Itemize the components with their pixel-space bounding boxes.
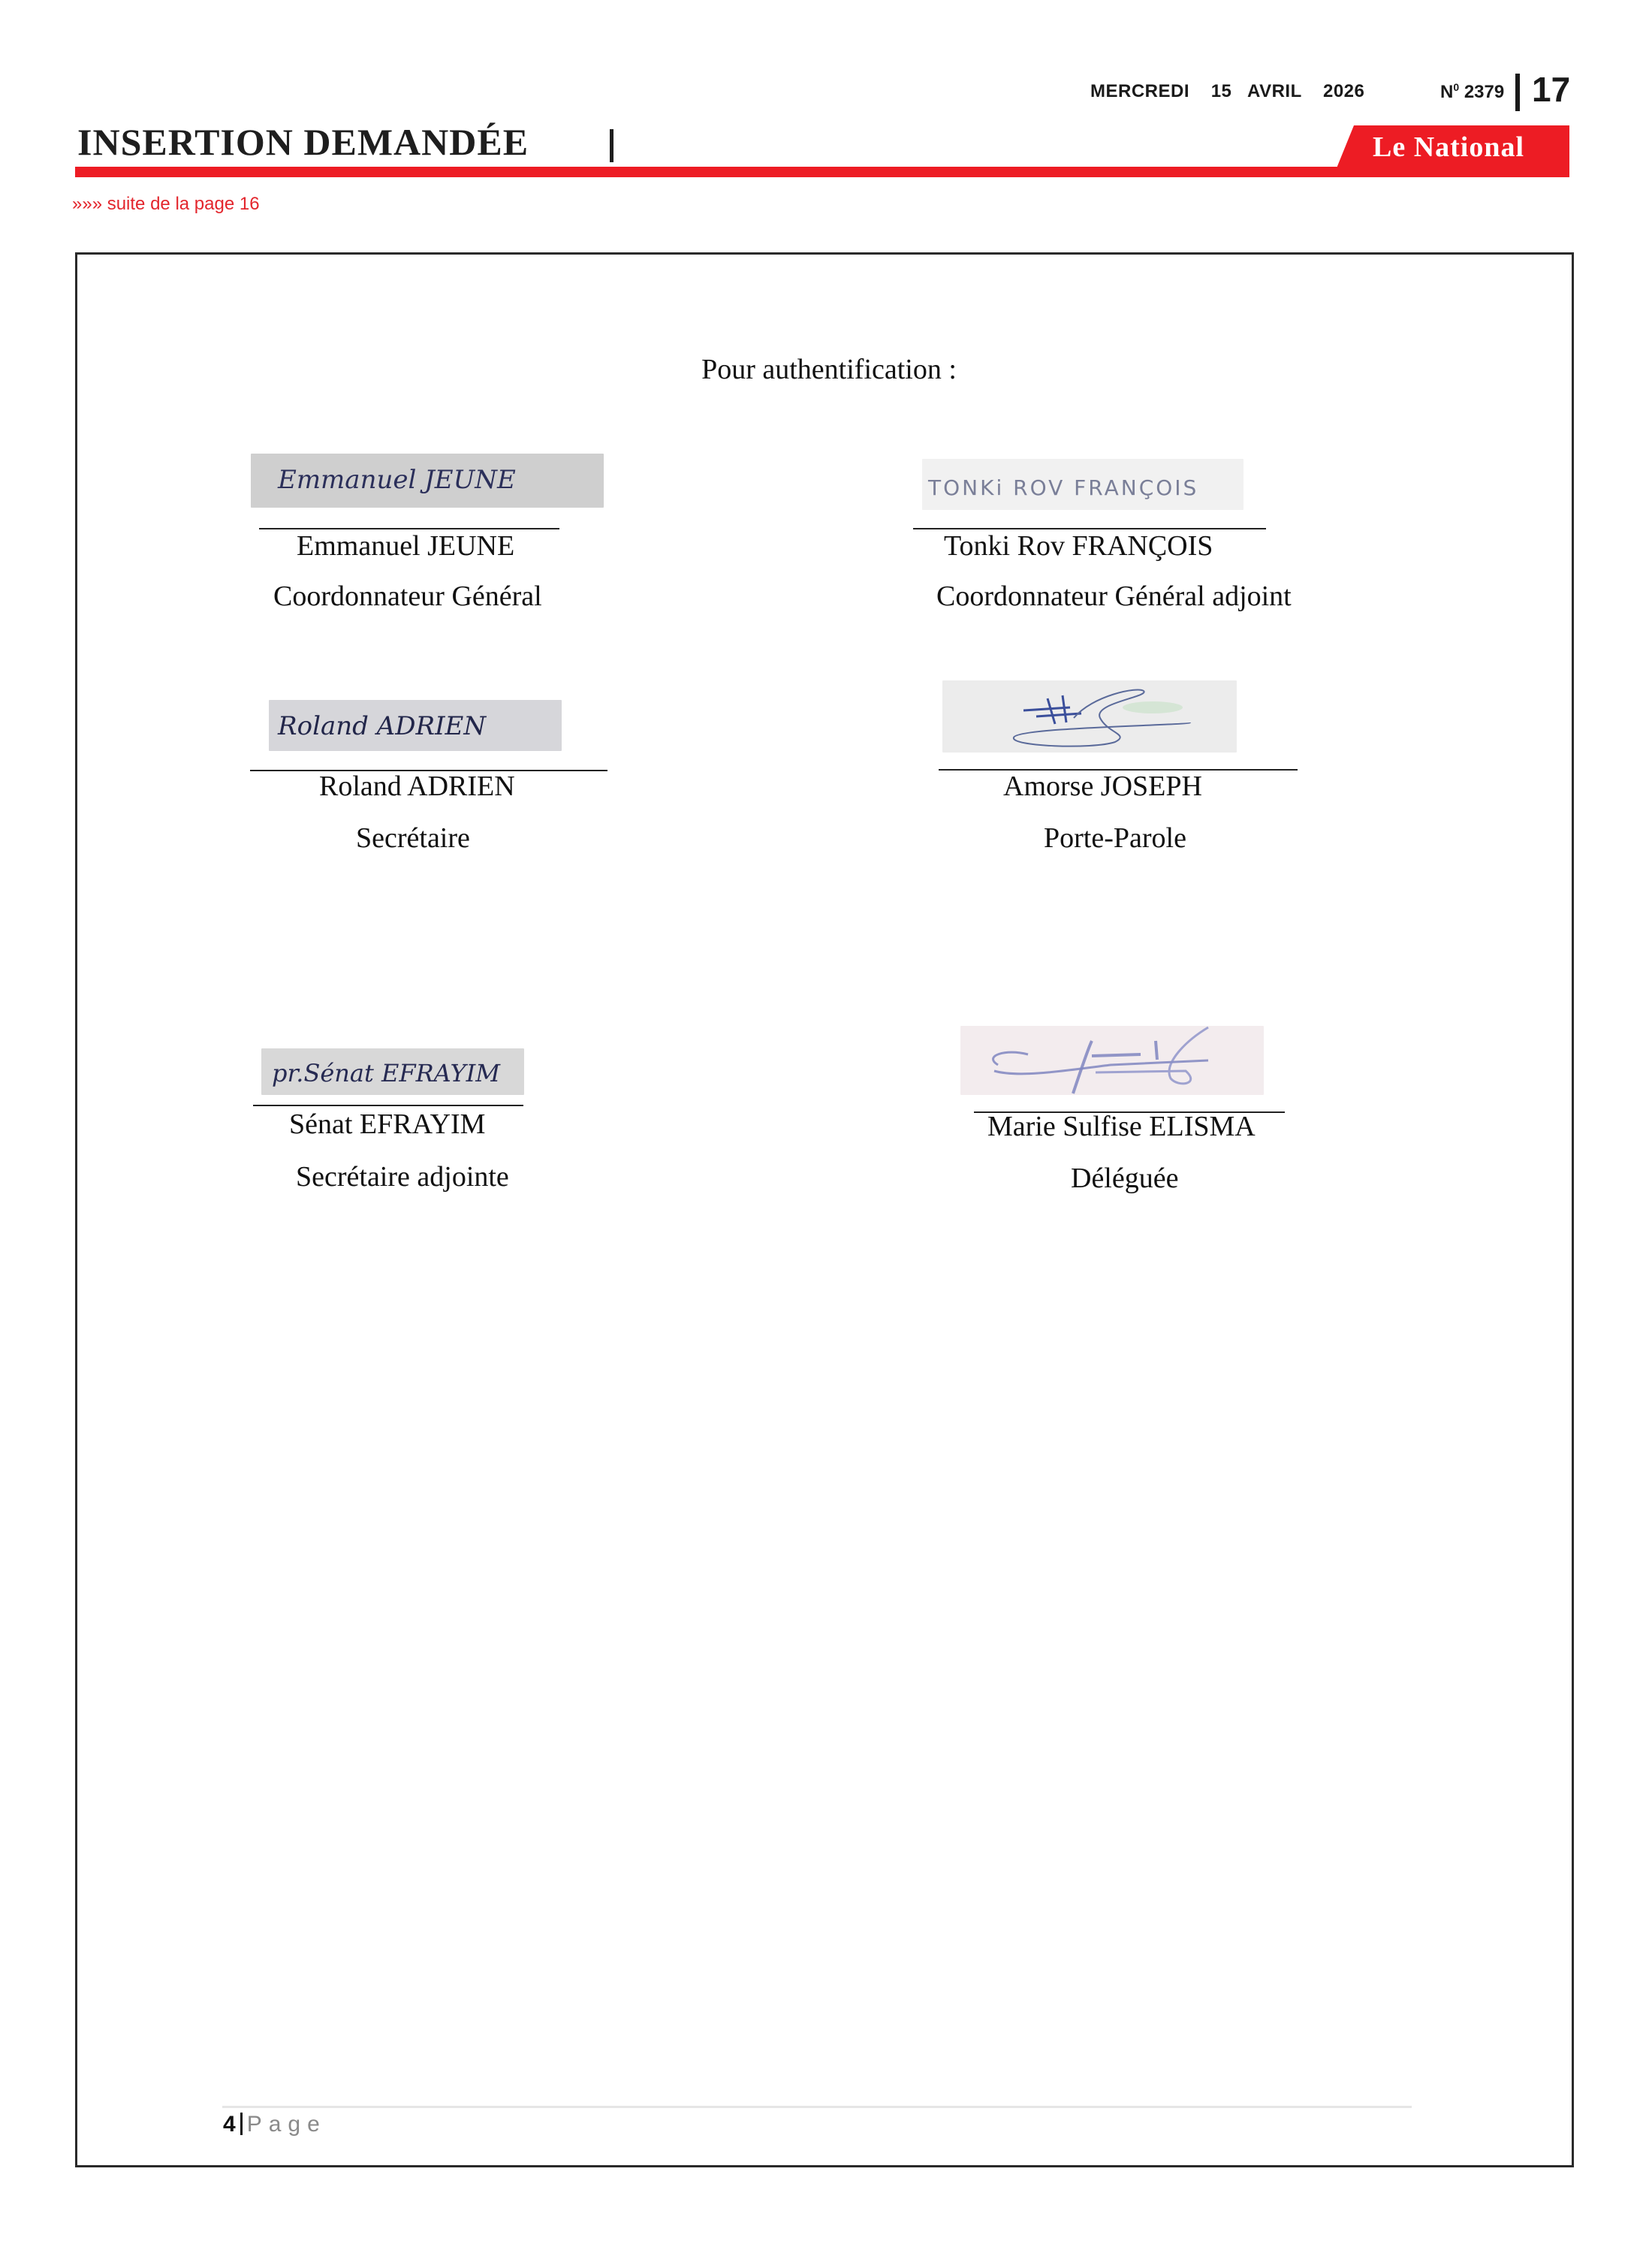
auth-heading: Pour authentification :: [0, 353, 1652, 386]
svg-text:pr.Sénat EFRAYIM: pr.Sénat EFRAYIM: [272, 1059, 501, 1087]
signature-scribble-icon: Roland ADRIEN: [269, 700, 562, 751]
svg-text:Roland ADRIEN: Roland ADRIEN: [277, 711, 487, 741]
weekday: MERCREDI: [1090, 81, 1189, 101]
signatory-role: Coordonnateur Général adjoint: [936, 580, 1292, 613]
signature-scribble-icon: [960, 1026, 1264, 1095]
header-divider: [1515, 74, 1520, 111]
signature-image: [942, 680, 1237, 753]
issue-number: N0 2379: [1440, 81, 1504, 103]
signatory-name: Amorse JOSEPH: [1003, 770, 1202, 803]
signature-scribble-icon: pr.Sénat EFRAYIM: [261, 1048, 524, 1095]
page-number: 17: [1532, 69, 1570, 110]
month: AVRIL: [1247, 81, 1301, 101]
issue-sup: 0: [1453, 81, 1459, 93]
document-page-number: 4: [223, 2112, 236, 2137]
signatory-role: Secrétaire adjointe: [296, 1160, 509, 1193]
signature-image: [960, 1026, 1264, 1095]
signature-image: Emmanuel JEUNE: [251, 454, 604, 508]
signatory-name: Emmanuel JEUNE: [297, 529, 514, 562]
signature-scribble-icon: TONKi ROV FRANÇOIS: [922, 459, 1244, 510]
signature-image: TONKi ROV FRANÇOIS: [922, 459, 1244, 510]
issue-prefix: N: [1440, 82, 1453, 102]
continued-from-label: »»» suite de la page 16: [72, 194, 260, 215]
brand-logo: Le National: [1373, 131, 1524, 164]
footer-divider: [240, 2113, 243, 2135]
issue-date: MERCREDI 15 AVRIL 2026: [1090, 81, 1364, 102]
signatory-name: Sénat EFRAYIM: [289, 1108, 485, 1141]
day: 15: [1211, 81, 1232, 101]
signatory-role: Porte-Parole: [1044, 822, 1186, 855]
issue-value: 2379: [1464, 82, 1504, 102]
auth-heading-text: Pour authentification :: [701, 354, 957, 385]
document-page-footer: 4Page: [223, 2112, 327, 2137]
signatory-name: Tonki Rov FRANÇOIS: [944, 529, 1213, 562]
document-page-label: Page: [247, 2112, 327, 2137]
year: 2026: [1323, 81, 1364, 101]
signatory-name: Marie Sulfise ELISMA: [987, 1110, 1256, 1143]
title-divider: [610, 129, 613, 162]
signature-scribble-icon: [942, 680, 1237, 753]
signature-image: pr.Sénat EFRAYIM: [261, 1048, 524, 1095]
signatory-role: Déléguée: [1071, 1162, 1178, 1195]
signatory-role: Coordonnateur Général: [273, 580, 542, 613]
signature-scribble-icon: Emmanuel JEUNE: [251, 454, 604, 508]
section-title: INSERTION DEMANDÉE: [77, 120, 529, 164]
svg-text:Emmanuel JEUNE: Emmanuel JEUNE: [277, 465, 516, 495]
footer-rule: [222, 2106, 1412, 2108]
signatory-name: Roland ADRIEN: [319, 770, 515, 803]
svg-text:TONKi ROV FRANÇOIS: TONKi ROV FRANÇOIS: [927, 475, 1198, 500]
signature-image: Roland ADRIEN: [269, 700, 562, 751]
signature-line: [253, 1105, 523, 1106]
signatory-role: Secrétaire: [356, 822, 470, 855]
